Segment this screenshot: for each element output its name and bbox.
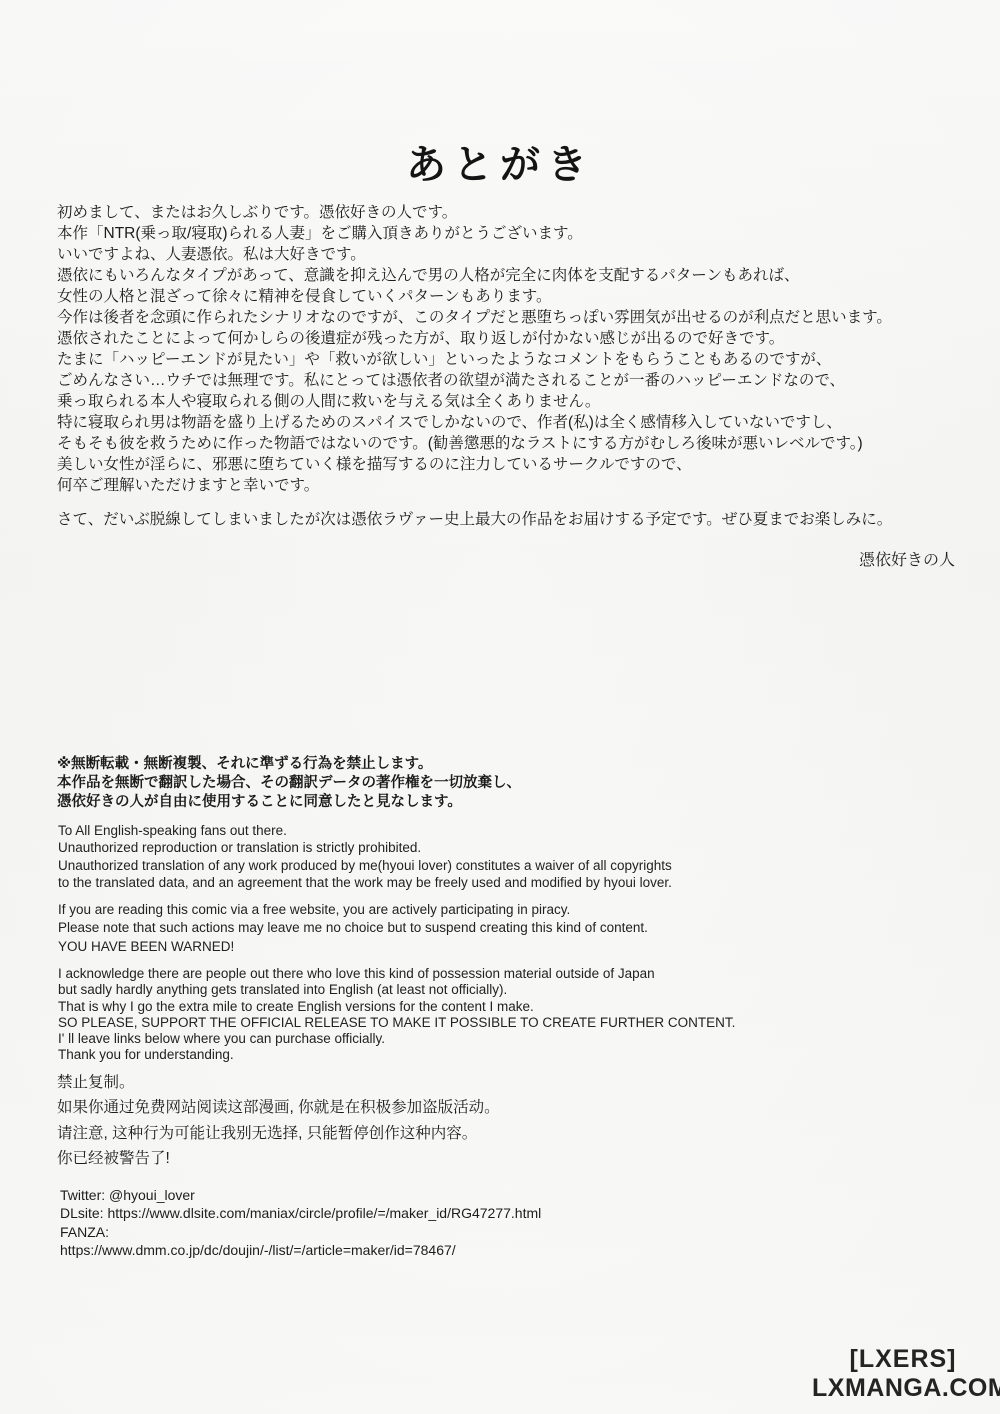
- afterword-line: 本作「NTR(乗っ取/寝取)られる人妻」をご購入頂きありがとうございます。: [57, 223, 892, 244]
- afterword-line: ごめんなさい…ウチでは無理です。私にとっては憑依者の欲望が満たされることが一番の…: [57, 370, 892, 391]
- afterword-line: 美しい女性が淫らに、邪悪に堕ちていく様を描写するのに注力しているサークルですので…: [57, 454, 892, 475]
- link-fanza-label: FANZA:: [60, 1223, 541, 1241]
- en-notice-line: If you are reading this comic via a free…: [58, 901, 648, 919]
- author-signature: 憑依好きの人: [57, 551, 955, 571]
- cn-notice: 禁止复制。 如果你通过免费网站阅读这部漫画, 你就是在积极参加盗版活动。 请注意…: [57, 1070, 500, 1171]
- official-links: Twitter: @hyoui_lover DLsite: https://ww…: [60, 1186, 541, 1259]
- en-notice-line: Thank you for understanding.: [58, 1047, 735, 1063]
- jp-notice-line: 本作品を無断で翻訳した場合、その翻訳データの著作権を一切放棄し、: [57, 774, 521, 793]
- en-notice-line: SO PLEASE, SUPPORT THE OFFICIAL RELEASE …: [58, 1015, 735, 1031]
- cn-notice-line: 如果你通过免费网站阅读这部漫画, 你就是在积极参加盗版活动。: [57, 1095, 500, 1120]
- afterword-page: あとがき 初めまして、またはお久しぶりです。憑依好きの人です。 本作「NTR(乗…: [0, 0, 1000, 1414]
- afterword-line: 初めまして、またはお久しぶりです。憑依好きの人です。: [57, 202, 892, 223]
- en-notice-line: YOU HAVE BEEN WARNED!: [58, 938, 648, 956]
- jp-notice-line: 憑依好きの人が自由に使用することに同意したと見なします。: [57, 793, 521, 812]
- cn-notice-line: 你已经被警告了!: [57, 1146, 500, 1171]
- link-twitter: Twitter: @hyoui_lover: [60, 1186, 541, 1204]
- en-notice-support: I acknowledge there are people out there…: [58, 966, 735, 1064]
- en-notice-line: That is why I go the extra mile to creat…: [58, 999, 735, 1015]
- afterword-line: 乗っ取られる本人や寝取られる側の人間に救いを与える気は全くありません。: [57, 391, 892, 412]
- cn-notice-line: 请注意, 这种行为可能让我别无选择, 只能暂停创作这种内容。: [57, 1121, 500, 1146]
- afterword-line: 憑依されたことによって何かしらの後遺症が残った方が、取り返しが付かない感じが出る…: [57, 328, 892, 349]
- afterword-line: そもそも彼を救うために作った物語ではないのです。(勧善懲悪的なラストにする方がむ…: [57, 433, 892, 454]
- site-watermark: [LXERS] LXMANGA.COM: [812, 1344, 994, 1402]
- afterword-line: 何卒ご理解いただけますと幸いです。: [57, 475, 892, 496]
- en-notice-line: to the translated data, and an agreement…: [58, 874, 672, 891]
- en-notice-piracy-warning: If you are reading this comic via a free…: [58, 901, 648, 956]
- closing-line: さて、だいぶ脱線してしまいましたが次は憑依ラヴァー史上最大の作品をお届けする予定…: [57, 509, 892, 530]
- afterword-line: いいですよね、人妻憑依。私は大好きです。: [57, 244, 892, 265]
- en-notice-intro: To All English-speaking fans out there. …: [58, 822, 672, 892]
- en-notice-line: but sadly hardly anything gets translate…: [58, 982, 735, 998]
- watermark-tag: [LXERS]: [812, 1344, 994, 1374]
- en-notice-line: To All English-speaking fans out there.: [58, 822, 672, 839]
- en-notice-line: Unauthorized reproduction or translation…: [58, 839, 672, 856]
- page-title: あとがき: [0, 143, 1000, 187]
- en-notice-line: I acknowledge there are people out there…: [58, 966, 735, 982]
- afterword-line: たまに「ハッピーエンドが見たい」や「救いが欲しい」といったようなコメントをもらう…: [57, 349, 892, 370]
- watermark-domain: LXMANGA.COM: [812, 1374, 994, 1402]
- jp-notice-line: ※無断転載・無断複製、それに準ずる行為を禁止します。: [57, 755, 521, 774]
- cn-notice-line: 禁止复制。: [57, 1070, 500, 1095]
- afterword-line: 憑依にもいろんなタイプがあって、意識を抑え込んで男の人格が完全に肉体を支配するパ…: [57, 265, 892, 286]
- afterword-line: 特に寝取られ男は物語を盛り上げるためのスパイスでしかないので、作者(私)は全く感…: [57, 412, 892, 433]
- afterword-paragraph: 初めまして、またはお久しぶりです。憑依好きの人です。 本作「NTR(乗っ取/寝取…: [57, 202, 892, 496]
- link-fanza-url: https://www.dmm.co.jp/dc/doujin/-/list/=…: [60, 1241, 541, 1259]
- afterword-line: 今作は後者を念頭に作られたシナリオなのですが、このタイプだと悪堕ちっぽい雰囲気が…: [57, 307, 892, 328]
- en-notice-line: I' ll leave links below where you can pu…: [58, 1031, 735, 1047]
- link-dlsite: DLsite: https://www.dlsite.com/maniax/ci…: [60, 1204, 541, 1222]
- jp-copyright-notice: ※無断転載・無断複製、それに準ずる行為を禁止します。 本作品を無断で翻訳した場合…: [57, 755, 521, 812]
- en-notice-line: Unauthorized translation of any work pro…: [58, 857, 672, 874]
- en-notice-line: Please note that such actions may leave …: [58, 919, 648, 937]
- afterword-line: 女性の人格と混ざって徐々に精神を侵食していくパターンもあります。: [57, 286, 892, 307]
